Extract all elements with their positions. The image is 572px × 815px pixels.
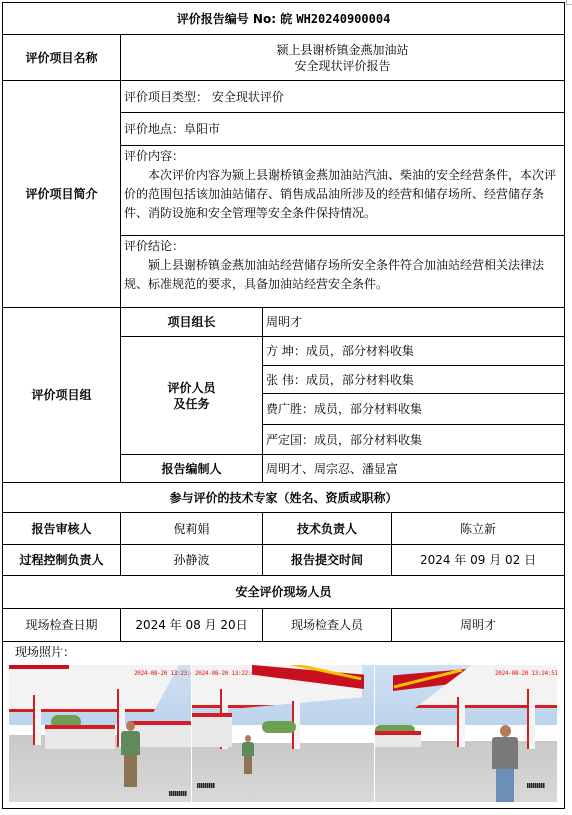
members-label-line1: 评价人员 (121, 380, 262, 396)
photo-timestamp: 2024-08-20 13:23:41 (134, 666, 192, 682)
site-photo-3[interactable]: 2024-08-20 13:24:51 (375, 665, 558, 802)
project-type-value: 安全现状评价 (212, 90, 284, 104)
technical-lead-label: 技术负责人 (263, 513, 392, 545)
report-compiler-label: 报告编制人 (121, 455, 263, 483)
evaluation-content-text: 本次评价内容为颍上县谢桥镇金燕加油站汽油、柴油的安全经营条件，本次评价的范围包括… (124, 166, 564, 223)
project-name-label: 评价项目名称 (3, 35, 121, 81)
member-row: 张 伟：成员，部分材料收集 (263, 366, 565, 394)
report-compiler-value: 周明才、周宗忍、潘显富 (263, 455, 565, 483)
project-type-cell: 评价项目类型： 安全现状评价 (121, 81, 565, 113)
process-control-value: 孙静波 (121, 545, 263, 576)
member-row: 方 坤：成员，部分材料收集 (263, 337, 565, 366)
inspector-value: 周明才 (392, 609, 565, 642)
project-name-line1: 颍上县谢桥镇金燕加油站 (121, 42, 564, 58)
evaluation-report-table: 评价报告编号 No: 皖 WH20240900004 评价项目名称 颍上县谢桥镇… (2, 2, 565, 809)
site-personnel-heading: 安全评价现场人员 (3, 576, 565, 609)
evaluation-conclusion-text: 颍上县谢桥镇金燕加油站经营储存场所安全条件符合加油站经营相关法律法规、标准规范的… (124, 256, 564, 294)
submit-time-label: 报告提交时间 (263, 545, 392, 576)
evaluation-content-cell: 评价内容： 本次评价内容为颍上县谢桥镇金燕加油站汽油、柴油的安全经营条件，本次评… (121, 146, 565, 236)
evaluation-conclusion-cell: 评价结论： 颍上县谢桥镇金燕加油站经营储存场所安全条件符合加油站经营相关法律法规… (121, 236, 565, 308)
report-number-title: 评价报告编号 No: 皖 WH20240900004 (3, 3, 565, 35)
project-name-line2: 安全现状评价报告 (121, 58, 564, 74)
team-leader-value: 周明才 (263, 308, 565, 337)
member-row: 严定国：成员，部分材料收集 (263, 425, 565, 455)
technical-lead-value: 陈立新 (392, 513, 565, 545)
report-number-prefix: 评价报告编号 No: 皖 (177, 12, 297, 26)
site-photos-cell: 现场照片： 2024-08-20 13:2 (3, 642, 565, 809)
reviewer-label: 报告审核人 (3, 513, 121, 545)
member-row: 费广胜：成员，部分材料收集 (263, 394, 565, 425)
evaluation-content-label: 评价内容： (124, 147, 564, 166)
reviewer-value: 倪莉娟 (121, 513, 263, 545)
site-photos: 2024-08-20 13:23:41 (9, 665, 564, 802)
site-photo-2[interactable]: 2024-08-20 13:22:41 (192, 665, 375, 802)
members-label-line2: 及任务 (121, 396, 262, 412)
technical-experts-heading: 参与评价的技术专家（姓名、资质或职称） (3, 483, 565, 513)
project-group-label: 评价项目组 (3, 308, 121, 483)
process-control-label: 过程控制负责人 (3, 545, 121, 576)
inspection-date-value: 2024 年 08 月 20日 (121, 609, 263, 642)
evaluation-conclusion-label: 评价结论： (124, 237, 564, 256)
team-leader-label: 项目组长 (121, 308, 263, 337)
page-corner-mark (566, 0, 572, 5)
project-name-value: 颍上县谢桥镇金燕加油站 安全现状评价报告 (121, 35, 565, 81)
site-photos-label: 现场照片： (3, 644, 564, 660)
photo-timestamp: 2024-08-20 13:24:51 (495, 666, 558, 682)
project-intro-label: 评价项目简介 (3, 81, 121, 308)
report-code: WH20240900004 (296, 12, 390, 26)
project-type-label: 评价项目类型： (124, 90, 208, 104)
members-label: 评价人员 及任务 (121, 337, 263, 455)
evaluation-location: 评价地点：阜阳市 (121, 113, 565, 146)
inspection-date-label: 现场检查日期 (3, 609, 121, 642)
submit-time-value: 2024 年 09 月 02 日 (392, 545, 565, 576)
photo-timestamp: 2024-08-20 13:22:41 (195, 666, 258, 682)
inspector-label: 现场检查人员 (263, 609, 392, 642)
site-photo-1[interactable]: 2024-08-20 13:23:41 (9, 665, 192, 802)
